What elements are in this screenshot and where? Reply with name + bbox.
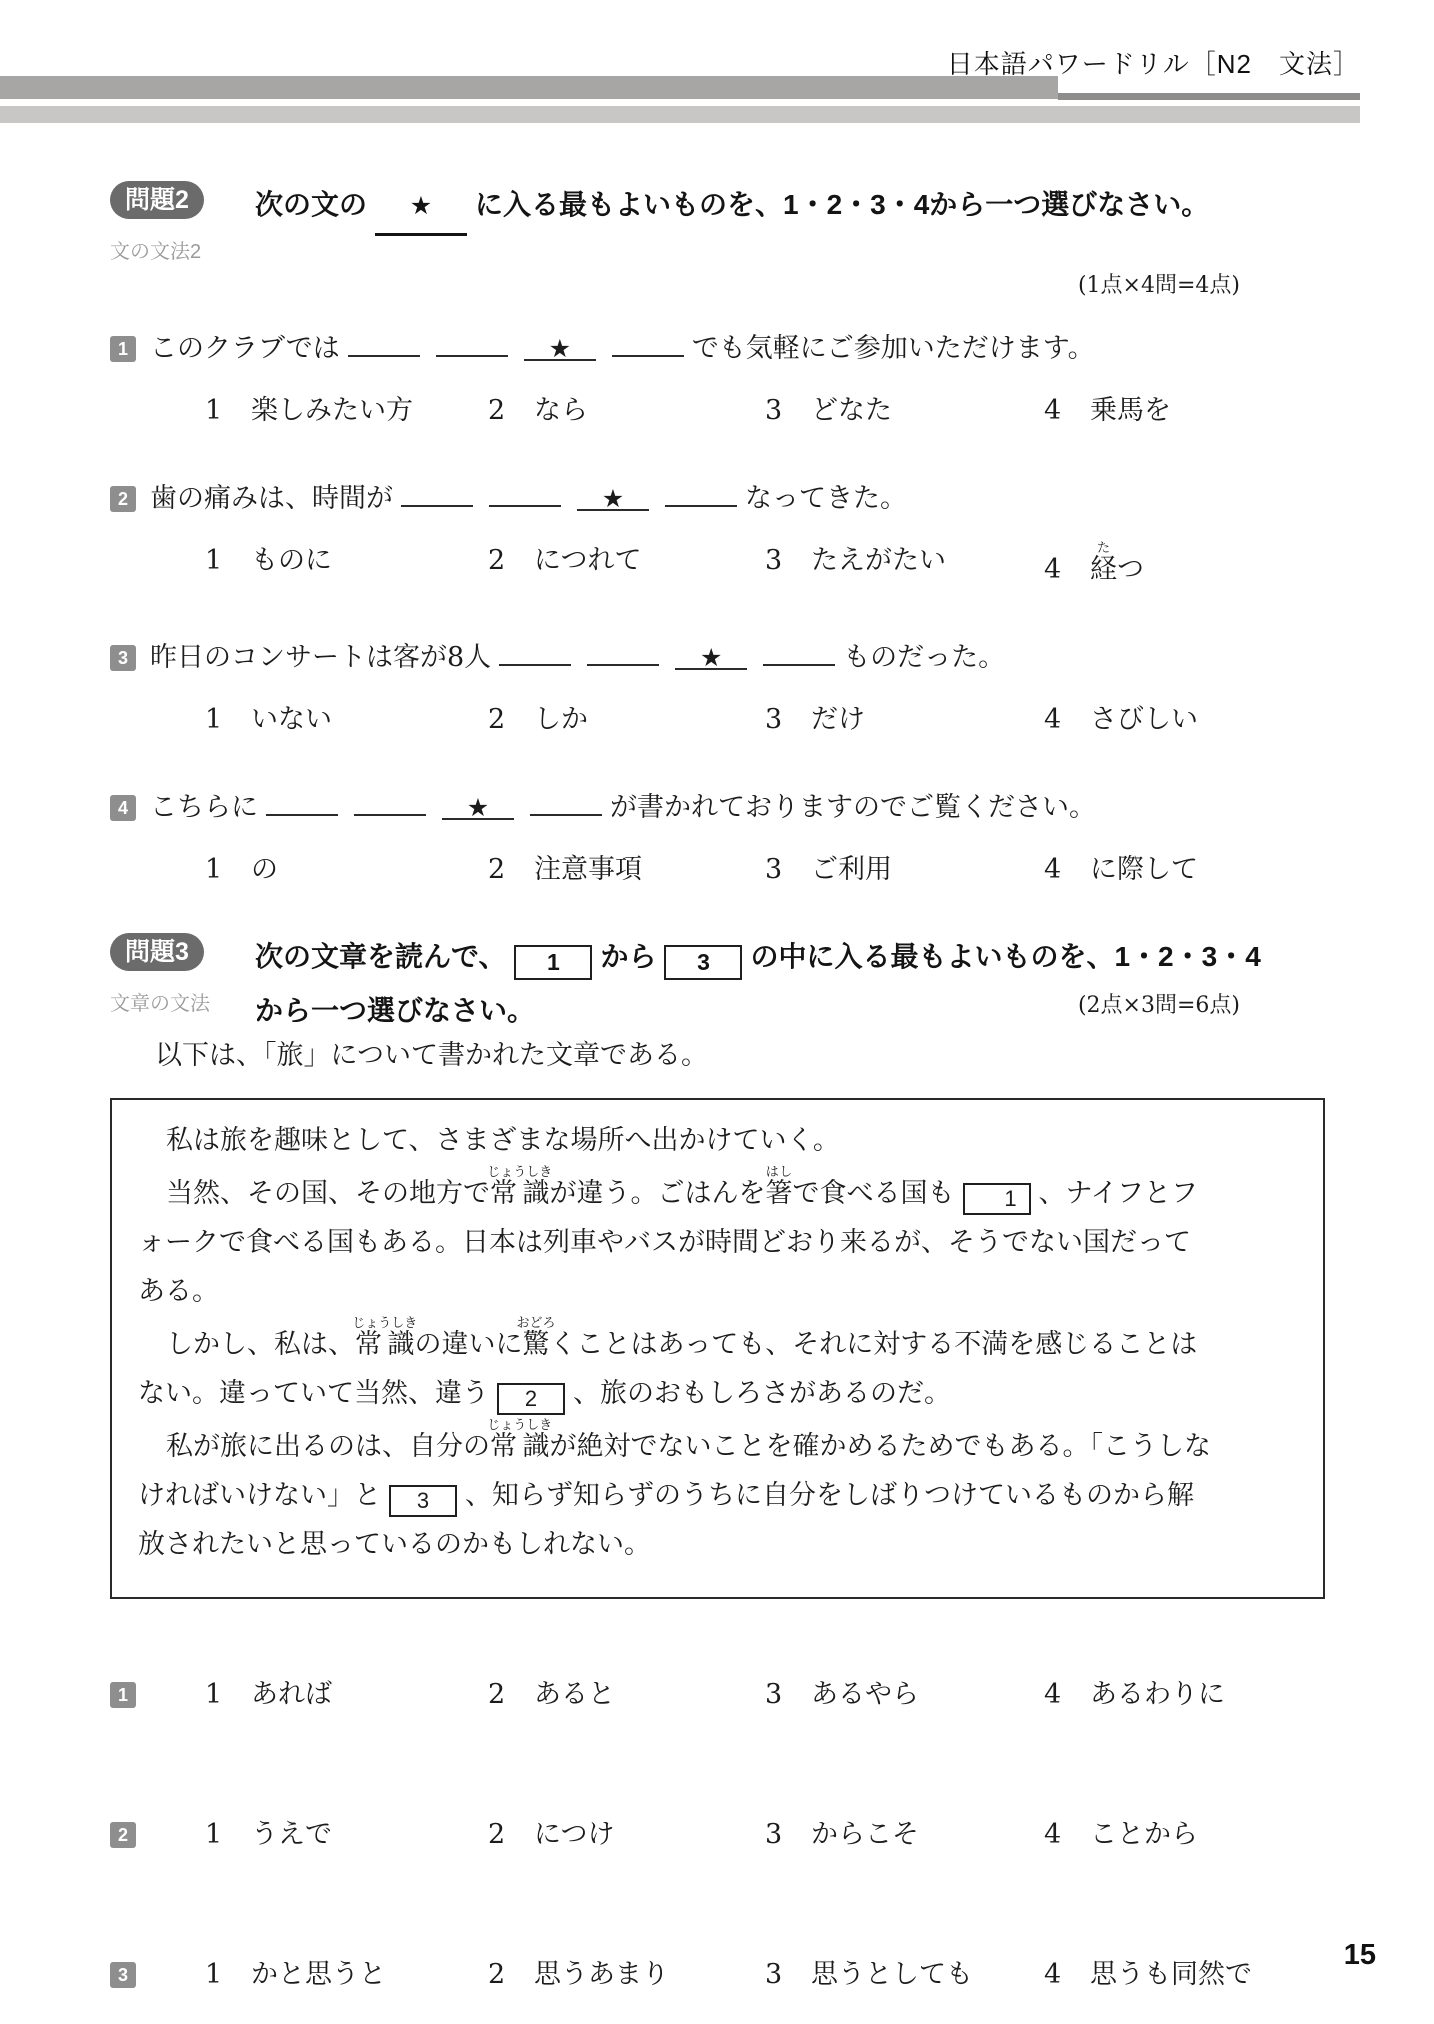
option-text: からこそ	[811, 1815, 919, 1855]
question-sentence: 2歯の痛みは、時間が★なってきた。	[110, 477, 1360, 521]
text-run: あるわりに	[1090, 1679, 1225, 1710]
answer-box-3: 3	[389, 1485, 457, 1517]
star-blank-icon: ★	[375, 179, 467, 236]
option-number: 1	[205, 850, 251, 890]
option-item: 3からこそ	[765, 1815, 1044, 1855]
option-text: 思うも同然で	[1090, 1955, 1252, 1995]
option-number: 2	[488, 541, 534, 581]
page-content: 問題2 文の文法2 次の文の★に入る最もよいものを、1・2・3・4から一つ選びな…	[110, 178, 1360, 1995]
passage-intro: 以下は、「旅」について書かれた文章である。	[155, 1033, 1360, 1072]
sentence-pre: こちらに	[150, 792, 258, 823]
option-text: 経たつ	[1090, 541, 1144, 590]
option-text: しか	[534, 700, 588, 740]
option-number: 2	[488, 391, 534, 431]
answer-box-1: 1	[963, 1183, 1031, 1215]
option-text: につけ	[534, 1815, 614, 1855]
option-text: だけ	[811, 700, 865, 740]
passage-line: しかし、私は、常識じょうしきの違いに驚おどろくことはあっても、それに対する不満を…	[138, 1316, 1297, 1369]
option-number: 4	[1044, 700, 1090, 740]
text-run: くことはあっても、それに対する不満を感じることは	[550, 1329, 1198, 1360]
text-run: 思うとしても	[811, 1959, 973, 1990]
text-run: 思うあまり	[534, 1959, 669, 1990]
option-number: 4	[1044, 1815, 1090, 1855]
option-number: 4	[1044, 1955, 1090, 1995]
question-number-badge: 1	[110, 1682, 136, 1708]
textbook-page: 日本語パワードリル［N2 文法］ 問題2 文の文法2 次の文の★に入る最もよいも…	[0, 0, 1434, 2024]
sentence-pre: 昨日のコンサートは客が8人	[150, 642, 491, 673]
text-run: の	[251, 854, 278, 885]
option-item: 1いない	[205, 700, 488, 740]
sentence-post: なってきた。	[745, 483, 907, 514]
text-run: に際して	[1090, 854, 1198, 885]
problem3-section: 問題3 文章の文法 次の文章を読んで、1から3の中に入る最もよいものを、1・2・…	[110, 930, 1360, 1995]
blank-underline	[354, 789, 426, 817]
option-item: 2なら	[488, 391, 765, 431]
text-run: の違いに	[415, 1329, 523, 1360]
question-number-badge: 2	[110, 1822, 136, 1848]
option-number: 2	[488, 850, 534, 890]
option-item: 4に際して	[1044, 850, 1360, 890]
problem2-badge-column: 問題2 文の文法2	[110, 178, 255, 264]
option-number: 2	[488, 700, 534, 740]
option-item: 4思うも同然で	[1044, 1955, 1360, 1995]
option-number: 1	[205, 391, 251, 431]
question-block-1: 1このクラブでは★でも気軽にご参加いただけます。1楽しみたい方2なら3どなた4乗…	[110, 327, 1360, 431]
star-blank-icon: ★	[577, 483, 649, 511]
problem2-instruction-pre: 次の文の	[255, 189, 367, 220]
option-number: 1	[205, 1955, 251, 1995]
text-run: たえがたい	[811, 545, 946, 576]
option-number: 4	[1044, 1675, 1090, 1715]
problem3-instruction: 次の文章を読んで、1から3の中に入る最もよいものを、1・2・3・4から一つ選びな…	[255, 930, 1360, 1038]
sentence-post: ものだった。	[843, 642, 1005, 673]
option-text: あるやら	[811, 1675, 919, 1715]
text-run: 、ナイフとフ	[1039, 1178, 1198, 1209]
star-blank-icon: ★	[675, 642, 747, 670]
passage-line: 私が旅に出るのは、自分の常識じょうしきが絶対でないことを確かめるためでもある。「…	[138, 1418, 1297, 1471]
options-row: 1の2注意事項3ご利用4に際して	[205, 850, 1360, 890]
text-run: いない	[251, 704, 332, 735]
option-item: 3思うとしても	[765, 1955, 1044, 1995]
page-number: 15	[1344, 1939, 1376, 1972]
option-number: 2	[488, 1955, 534, 1995]
answer-row-3: 31かと思うと2思うあまり3思うとしても4思うも同然で	[110, 1955, 1360, 1995]
furigana-word: 常識じょうしき	[355, 1329, 415, 1360]
option-text: どなた	[811, 391, 892, 431]
problem2-instruction: 次の文の★に入る最もよいものを、1・2・3・4から一つ選びなさい。	[255, 178, 1360, 236]
option-item: 3ご利用	[765, 850, 1044, 890]
option-item: 3たえがたい	[765, 541, 1044, 590]
furigana-word: 常識じょうしき	[490, 1178, 550, 1209]
text-run: からこそ	[811, 1819, 919, 1850]
option-item: 3あるやら	[765, 1675, 1044, 1715]
option-number: 1	[205, 1675, 251, 1715]
options-row: 1いない2しか3だけ4さびしい	[205, 700, 1360, 740]
text-run: あれば	[251, 1679, 332, 1710]
blank-underline	[348, 330, 420, 358]
option-text: かと思うと	[251, 1955, 386, 1995]
text-run: なら	[534, 395, 588, 426]
passage-line: ければいけない」と3、知らず知らずのうちに自分をしばりつけているものから解	[138, 1471, 1297, 1520]
passage-line: ォークで食べる国もある。日本は列車やバスが時間どおり来るが、そうでない国だって	[138, 1218, 1297, 1267]
blank-underline	[401, 480, 473, 508]
question-block-2: 2歯の痛みは、時間が★なってきた。1ものに2につれて3たえがたい4経たつ	[110, 477, 1360, 590]
text-run: の中に入る最もよいものを、1・2・3・4	[750, 941, 1260, 972]
answer-box-1: 1	[514, 945, 592, 980]
text-run: だけ	[811, 704, 865, 735]
question-text: 昨日のコンサートは客が8人★ものだった。	[150, 636, 1360, 680]
blank-underline	[530, 789, 602, 817]
option-number: 3	[765, 1955, 811, 1995]
option-number: 1	[205, 700, 251, 740]
answer-row-2: 21うえで2につけ3からこそ4ことから	[110, 1815, 1360, 1855]
text-run: が絶対でないことを確かめるためでもある。「こうしな	[550, 1431, 1212, 1462]
sentence-pre: このクラブでは	[150, 333, 340, 364]
option-number: 4	[1044, 391, 1090, 431]
question-sentence: 4こちらに★が書かれておりますのでご覧ください。	[110, 786, 1360, 830]
passage-line: 私は旅を趣味として、さまざまな場所へ出かけていく。	[138, 1116, 1297, 1165]
question-text: こちらに★が書かれておりますのでご覧ください。	[150, 786, 1360, 830]
option-text: いない	[251, 700, 332, 740]
text-run: 思うも同然で	[1090, 1959, 1252, 1990]
sentence-post: が書かれておりますのでご覧ください。	[610, 792, 1096, 823]
text-run: 、旅のおもしろさがあるのだ。	[573, 1378, 951, 1409]
text-run: さびしい	[1090, 704, 1198, 735]
text-run: あるやら	[811, 1679, 919, 1710]
furigana-word: 常識じょうしき	[490, 1431, 550, 1462]
answer-row-1: 11あれば2あると3あるやら4あるわりに	[110, 1675, 1360, 1715]
option-number: 3	[765, 391, 811, 431]
option-text: の	[251, 850, 278, 890]
option-text: ものに	[251, 541, 332, 581]
option-text: 楽しみたい方	[251, 391, 413, 431]
text-run: ォークで食べる国もある。日本は列車やバスが時間どおり来るが、そうでない国だって	[138, 1227, 1191, 1258]
option-item: 2注意事項	[488, 850, 765, 890]
text-run: ご利用	[811, 854, 892, 885]
blank-underline	[266, 789, 338, 817]
answer-box-3: 3	[664, 945, 742, 980]
answer-box-2: 2	[497, 1383, 565, 1415]
star-blank-icon: ★	[524, 333, 596, 361]
text-run: しか	[534, 704, 588, 735]
options-row: 1ものに2につれて3たえがたい4経たつ	[205, 541, 1360, 590]
option-item: 3どなた	[765, 391, 1044, 431]
option-item: 1うえで	[205, 1815, 488, 1855]
passage-line: ない。違っていて当然、違う2、旅のおもしろさがあるのだ。	[138, 1369, 1297, 1418]
text-run: 当然、その国、その地方で	[166, 1178, 490, 1209]
furigana-word: 経た	[1090, 554, 1117, 585]
problem3-subtitle: 文章の文法	[110, 987, 255, 1016]
options-row: 1かと思うと2思うあまり3思うとしても4思うも同然で	[205, 1955, 1360, 1995]
passage-line: 放されたいと思っているのかもしれない。	[138, 1520, 1297, 1569]
text-run: につれて	[534, 545, 641, 576]
blank-underline	[436, 330, 508, 358]
option-item: 4ことから	[1044, 1815, 1360, 1855]
option-text: ことから	[1090, 1815, 1198, 1855]
text-run: が違う。ごはんを	[550, 1178, 766, 1209]
option-text: 乗馬を	[1090, 391, 1171, 431]
question-sentence: 1このクラブでは★でも気軽にご参加いただけます。	[110, 327, 1360, 371]
option-item: 2につれて	[488, 541, 765, 590]
question-number-badge: 1	[110, 336, 136, 362]
text-run: 乗馬を	[1090, 395, 1171, 426]
text-run: 、知らず知らずのうちに自分をしばりつけているものから解	[465, 1480, 1194, 1511]
option-item: 4さびしい	[1044, 700, 1360, 740]
option-item: 4あるわりに	[1044, 1675, 1360, 1715]
question-number-badge: 3	[110, 645, 136, 671]
option-item: 1ものに	[205, 541, 488, 590]
question-text: このクラブでは★でも気軽にご参加いただけます。	[150, 327, 1360, 371]
option-number: 3	[765, 850, 811, 890]
options-row: 1楽しみたい方2なら3どなた4乗馬を	[205, 391, 1360, 431]
problem3-header: 問題3 文章の文法 次の文章を読んで、1から3の中に入る最もよいものを、1・2・…	[110, 930, 1360, 1038]
passage-line: 当然、その国、その地方で常識じょうしきが違う。ごはんを箸はしで食べる国も1、ナイ…	[138, 1165, 1297, 1218]
problem2-questions: 1このクラブでは★でも気軽にご参加いただけます。1楽しみたい方2なら3どなた4乗…	[110, 327, 1360, 890]
option-text: あるわりに	[1090, 1675, 1225, 1715]
option-text: ご利用	[811, 850, 892, 890]
option-item: 3だけ	[765, 700, 1044, 740]
blank-underline	[763, 639, 835, 667]
option-text: につれて	[534, 541, 641, 581]
option-item: 2しか	[488, 700, 765, 740]
sentence-post: でも気軽にご参加いただけます。	[692, 333, 1095, 364]
text-run: うえで	[251, 1819, 332, 1850]
sentence-pre: 歯の痛みは、時間が	[150, 483, 393, 514]
text-run: から一つ選びなさい。	[255, 995, 535, 1026]
question-block-4: 4こちらに★が書かれておりますのでご覧ください。1の2注意事項3ご利用4に際して	[110, 786, 1360, 890]
option-item: 1かと思うと	[205, 1955, 488, 1995]
option-number: 4	[1044, 550, 1090, 590]
options-row: 1うえで2につけ3からこそ4ことから	[205, 1815, 1360, 1855]
passage-line: ある。	[138, 1267, 1297, 1316]
header-bar-light	[0, 106, 1360, 123]
text-run: 次の文章を読んで、	[255, 941, 506, 972]
option-text: うえで	[251, 1815, 332, 1855]
option-item: 1あれば	[205, 1675, 488, 1715]
furigana-word: 驚おどろ	[523, 1329, 550, 1360]
options-row: 1あれば2あると3あるやら4あるわりに	[205, 1675, 1360, 1715]
text-run: 私は旅を趣味として、さまざまな場所へ出かけていく。	[166, 1125, 840, 1156]
option-item: 4経たつ	[1044, 541, 1360, 590]
blank-underline	[489, 480, 561, 508]
option-number: 3	[765, 1815, 811, 1855]
option-text: たえがたい	[811, 541, 946, 581]
text-run: かと思うと	[251, 1959, 386, 1990]
blank-underline	[665, 480, 737, 508]
problem2-header: 問題2 文の文法2 次の文の★に入る最もよいものを、1・2・3・4から一つ選びな…	[110, 178, 1360, 264]
text-run: から	[600, 941, 656, 972]
question-sentence: 3昨日のコンサートは客が8人★ものだった。	[110, 636, 1360, 680]
option-number: 2	[488, 1675, 534, 1715]
option-item: 2あると	[488, 1675, 765, 1715]
text-run: ことから	[1090, 1819, 1198, 1850]
header-title-underline	[1058, 93, 1360, 100]
text-run: どなた	[811, 395, 892, 426]
option-item: 1楽しみたい方	[205, 391, 488, 431]
option-item: 2につけ	[488, 1815, 765, 1855]
text-run: あると	[534, 1679, 615, 1710]
problem2-points: (1点×4問=4点)	[110, 268, 1360, 299]
question-number-badge: 3	[110, 1962, 136, 1988]
question-number-badge: 2	[110, 486, 136, 512]
problem3-questions: 11あれば2あると3あるやら4あるわりに21うえで2につけ3からこそ4ことから3…	[110, 1675, 1360, 1995]
option-number: 3	[765, 1675, 811, 1715]
option-text: に際して	[1090, 850, 1198, 890]
option-number: 1	[205, 1815, 251, 1855]
furigana-word: 箸はし	[766, 1178, 793, 1209]
problem3-badge-column: 問題3 文章の文法	[110, 930, 255, 1016]
problem3-badge: 問題3	[110, 933, 204, 971]
question-block-3: 3昨日のコンサートは客が8人★ものだった。1いない2しか3だけ4さびしい	[110, 636, 1360, 740]
option-item: 2思うあまり	[488, 1955, 765, 1995]
text-run: しかし、私は、	[166, 1329, 355, 1360]
option-item: 4乗馬を	[1044, 391, 1360, 431]
option-text: さびしい	[1090, 700, 1198, 740]
text-run: ない。違っていて当然、違う	[138, 1378, 489, 1409]
option-text: なら	[534, 391, 588, 431]
text-run: ものに	[251, 545, 332, 576]
blank-underline	[587, 639, 659, 667]
blank-underline	[612, 330, 684, 358]
option-item: 1の	[205, 850, 488, 890]
text-run: 注意事項	[534, 854, 642, 885]
header-bar-dark	[0, 76, 1058, 99]
option-text: 注意事項	[534, 850, 642, 890]
option-number: 2	[488, 1815, 534, 1855]
option-number: 1	[205, 541, 251, 581]
option-number: 3	[765, 700, 811, 740]
text-run: つ	[1117, 554, 1144, 585]
option-text: あると	[534, 1675, 615, 1715]
blank-underline	[499, 639, 571, 667]
star-blank-icon: ★	[442, 792, 514, 820]
problem2-badge: 問題2	[110, 181, 204, 219]
option-text: 思うあまり	[534, 1955, 669, 1995]
option-text: あれば	[251, 1675, 332, 1715]
text-run: 私が旅に出るのは、自分の	[166, 1431, 490, 1462]
option-number: 4	[1044, 850, 1090, 890]
question-text: 歯の痛みは、時間が★なってきた。	[150, 477, 1360, 521]
problem2-subtitle: 文の文法2	[110, 235, 255, 264]
option-number: 3	[765, 541, 811, 581]
reading-passage-box: 私は旅を趣味として、さまざまな場所へ出かけていく。当然、その国、その地方で常識じ…	[110, 1098, 1325, 1599]
text-run: 楽しみたい方	[251, 395, 413, 426]
problem2-instruction-post: に入る最もよいものを、1・2・3・4から一つ選びなさい。	[475, 189, 1209, 220]
text-run: ければいけない」と	[138, 1480, 381, 1511]
text-run: につけ	[534, 1819, 614, 1850]
option-text: 思うとしても	[811, 1955, 973, 1995]
text-run: で食べる国も	[793, 1178, 955, 1209]
text-run: ある。	[138, 1276, 219, 1307]
text-run: 放されたいと思っているのかもしれない。	[138, 1529, 651, 1560]
question-number-badge: 4	[110, 795, 136, 821]
